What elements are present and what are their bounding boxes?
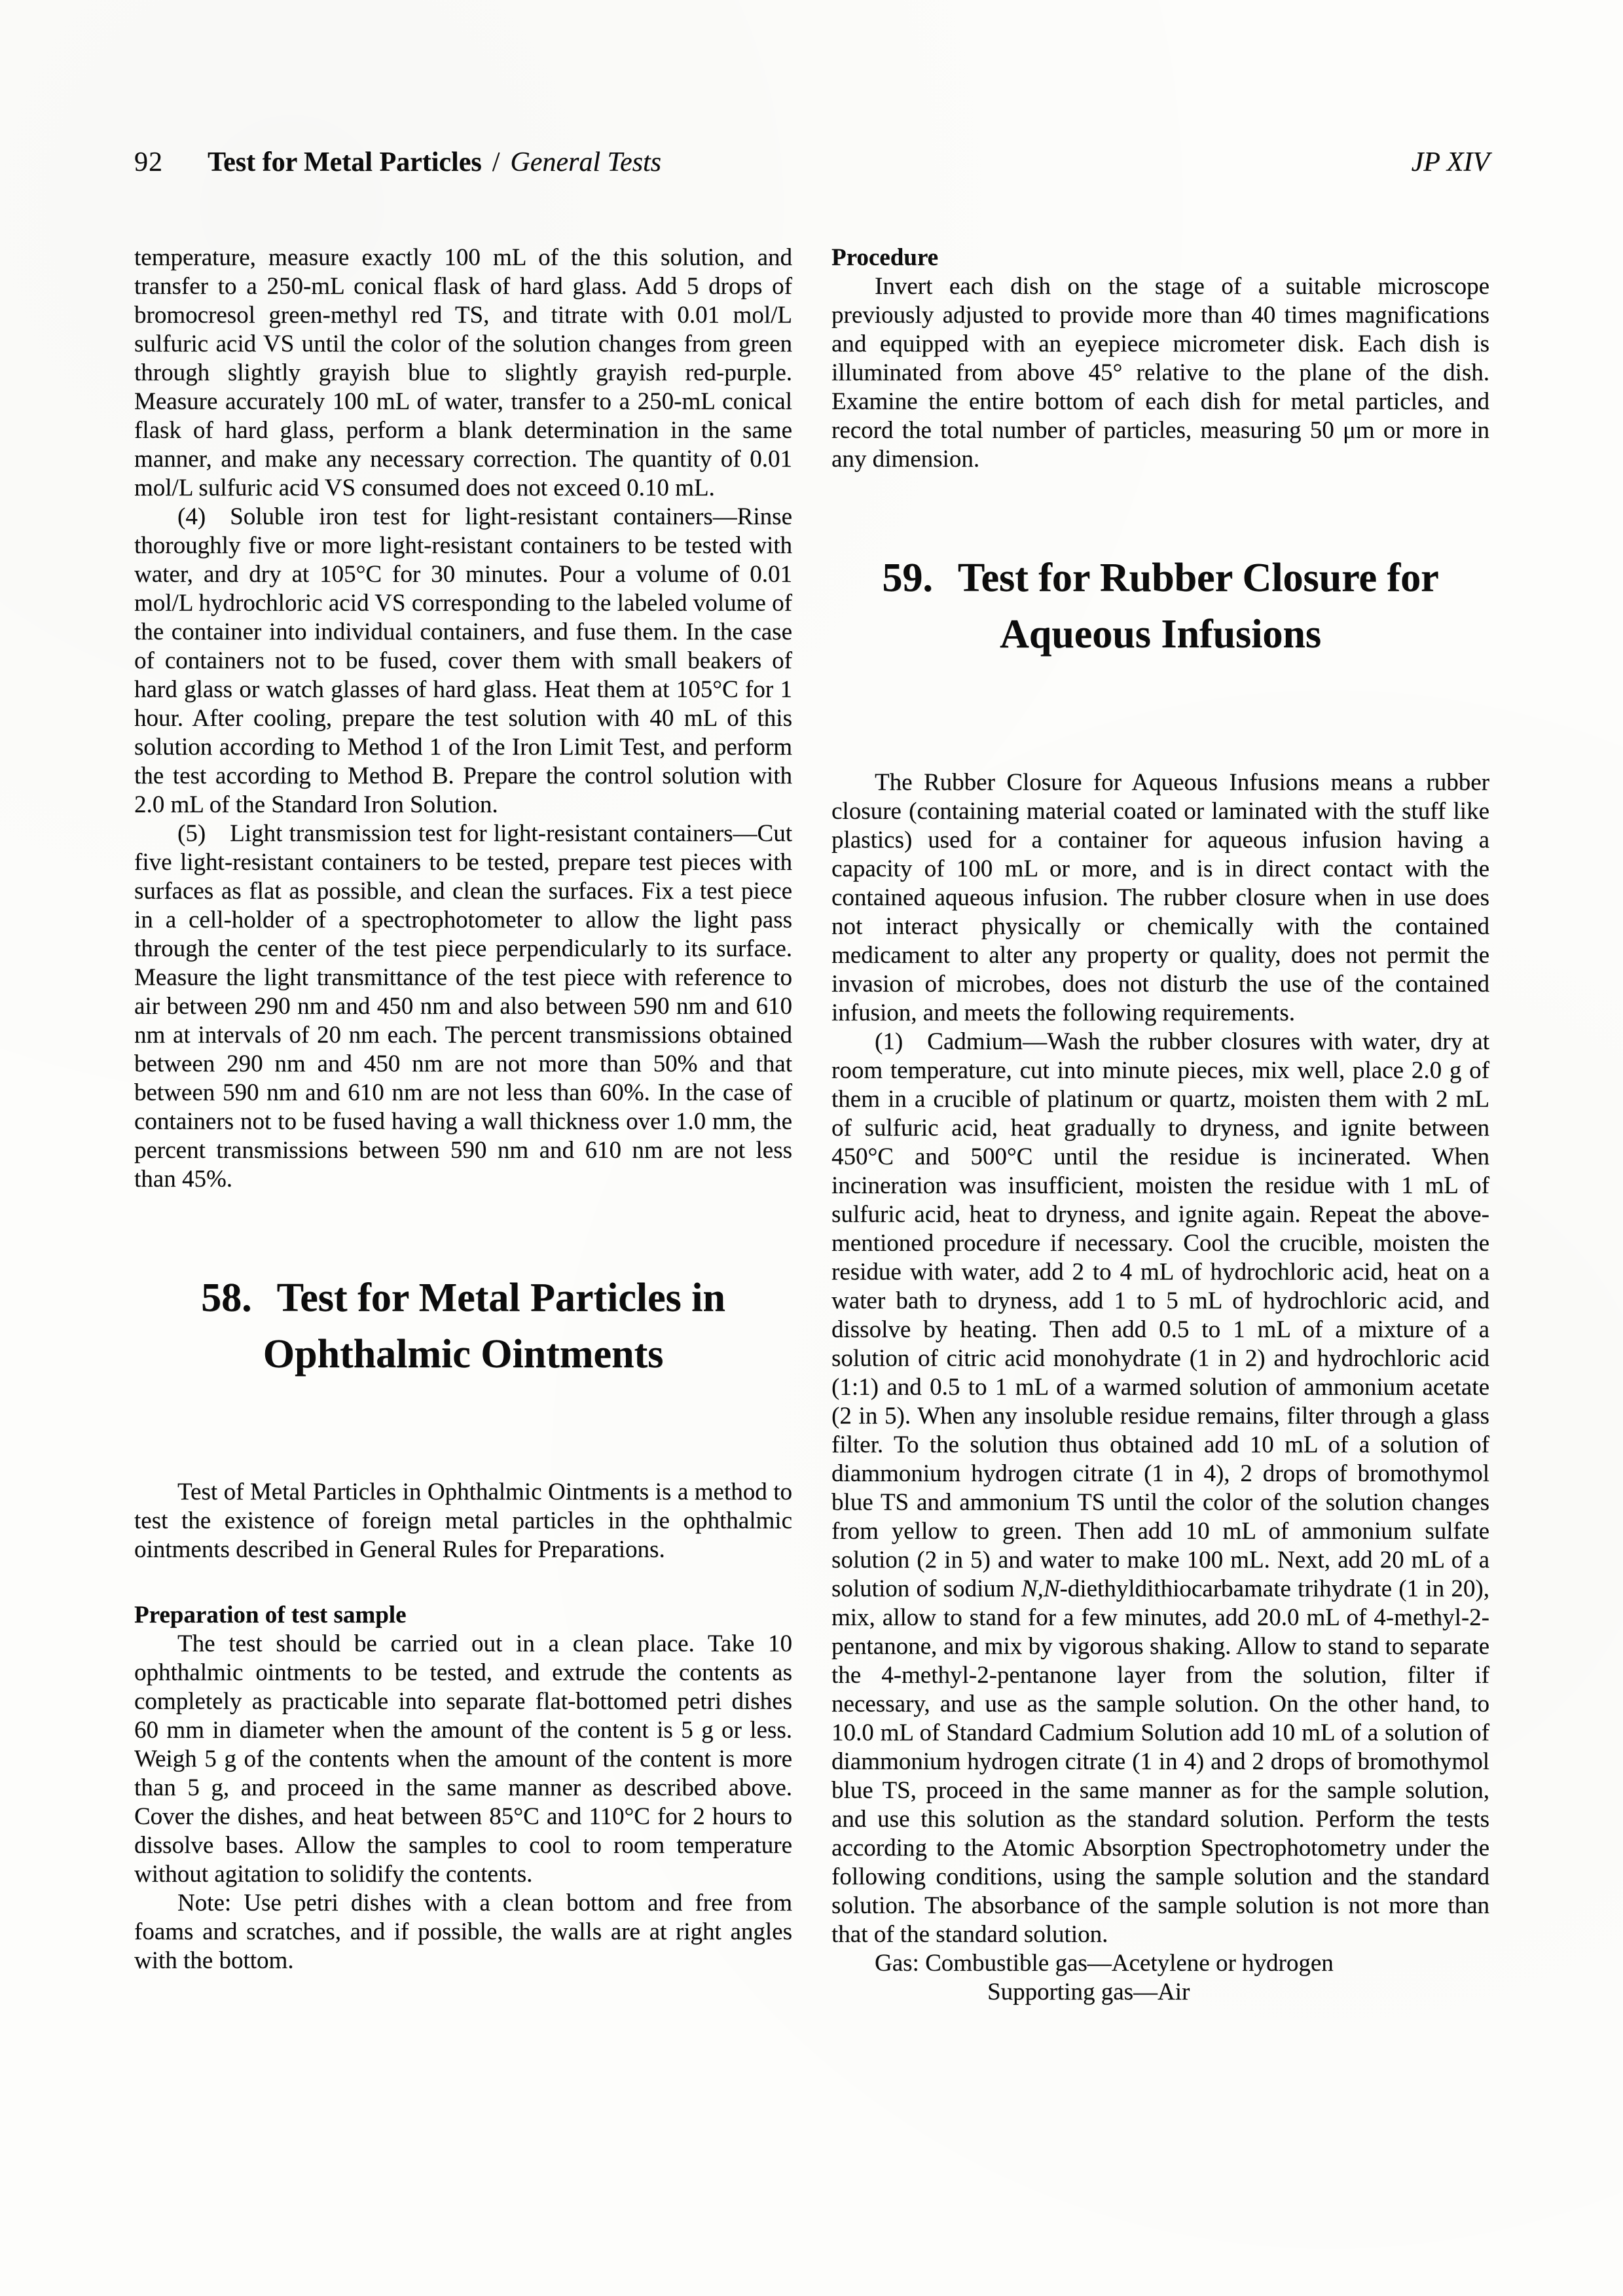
- edition-label: JP XIV: [1412, 147, 1489, 178]
- cadmium-text-part2: -diethyldithiocarbamate trihydrate (1 in…: [831, 1575, 1489, 1948]
- section-59-title-line1: 59.Test for Rubber Closure for: [831, 550, 1489, 606]
- cadmium-nn-italic: N,N: [1021, 1575, 1060, 1602]
- page-header: 92 Test for Metal Particles / General Te…: [134, 147, 1489, 178]
- running-subtitle: General Tests: [510, 147, 661, 178]
- scanned-document-page: 92 Test for Metal Particles / General Te…: [0, 0, 1623, 2296]
- subhead-procedure: Procedure: [831, 243, 1489, 272]
- paragraph-preparation: The test should be carried out in a clea…: [134, 1630, 792, 1889]
- section-58-number: 58.: [201, 1276, 252, 1320]
- right-column: Procedure Invert each dish on the stage …: [831, 243, 1489, 2007]
- paragraph-light-transmission-test: (5) Light transmission test for light-re…: [134, 819, 792, 1194]
- gas-conditions-line2: Supporting gas—Air: [831, 1978, 1489, 2007]
- section-59-number: 59.: [882, 556, 933, 600]
- two-column-body: temperature, measure exactly 100 mL of t…: [134, 243, 1489, 2007]
- cadmium-text-part1: (1) Cadmium—Wash the rubber closures wit…: [831, 1028, 1489, 1602]
- gas-conditions-line1: Gas: Combustible gas—Acetylene or hydrog…: [831, 1949, 1489, 1978]
- paragraph-section-58-intro: Test of Metal Particles in Ophthalmic Oi…: [134, 1478, 792, 1564]
- section-59-heading: 59.Test for Rubber Closure for Aqueous I…: [831, 550, 1489, 662]
- paragraph-note-petri-dishes: Note: Use petri dishes with a clean bott…: [134, 1889, 792, 1975]
- section-58-title-text: Test for Metal Particles in: [277, 1276, 725, 1320]
- paragraph-rubber-closure-intro: The Rubber Closure for Aqueous Infusions…: [831, 768, 1489, 1028]
- left-column: temperature, measure exactly 100 mL of t…: [134, 243, 792, 2007]
- paragraph-titration-continuation: temperature, measure exactly 100 mL of t…: [134, 243, 792, 503]
- section-58-title-line2: Ophthalmic Ointments: [134, 1326, 792, 1382]
- running-title: Test for Metal Particles: [208, 147, 482, 178]
- subhead-preparation-of-test-sample: Preparation of test sample: [134, 1601, 792, 1630]
- paragraph-cadmium-test: (1) Cadmium—Wash the rubber closures wit…: [831, 1028, 1489, 1949]
- section-59-title-text: Test for Rubber Closure for: [958, 556, 1439, 600]
- paragraph-soluble-iron-test: (4) Soluble iron test for light-resistan…: [134, 503, 792, 819]
- page-number: 92: [134, 147, 163, 178]
- title-separator: /: [492, 147, 500, 178]
- paragraph-procedure: Invert each dish on the stage of a suita…: [831, 272, 1489, 474]
- section-59-title-line2: Aqueous Infusions: [831, 606, 1489, 662]
- section-58-title-line1: 58.Test for Metal Particles in: [134, 1270, 792, 1326]
- section-58-heading: 58.Test for Metal Particles in Ophthalmi…: [134, 1270, 792, 1382]
